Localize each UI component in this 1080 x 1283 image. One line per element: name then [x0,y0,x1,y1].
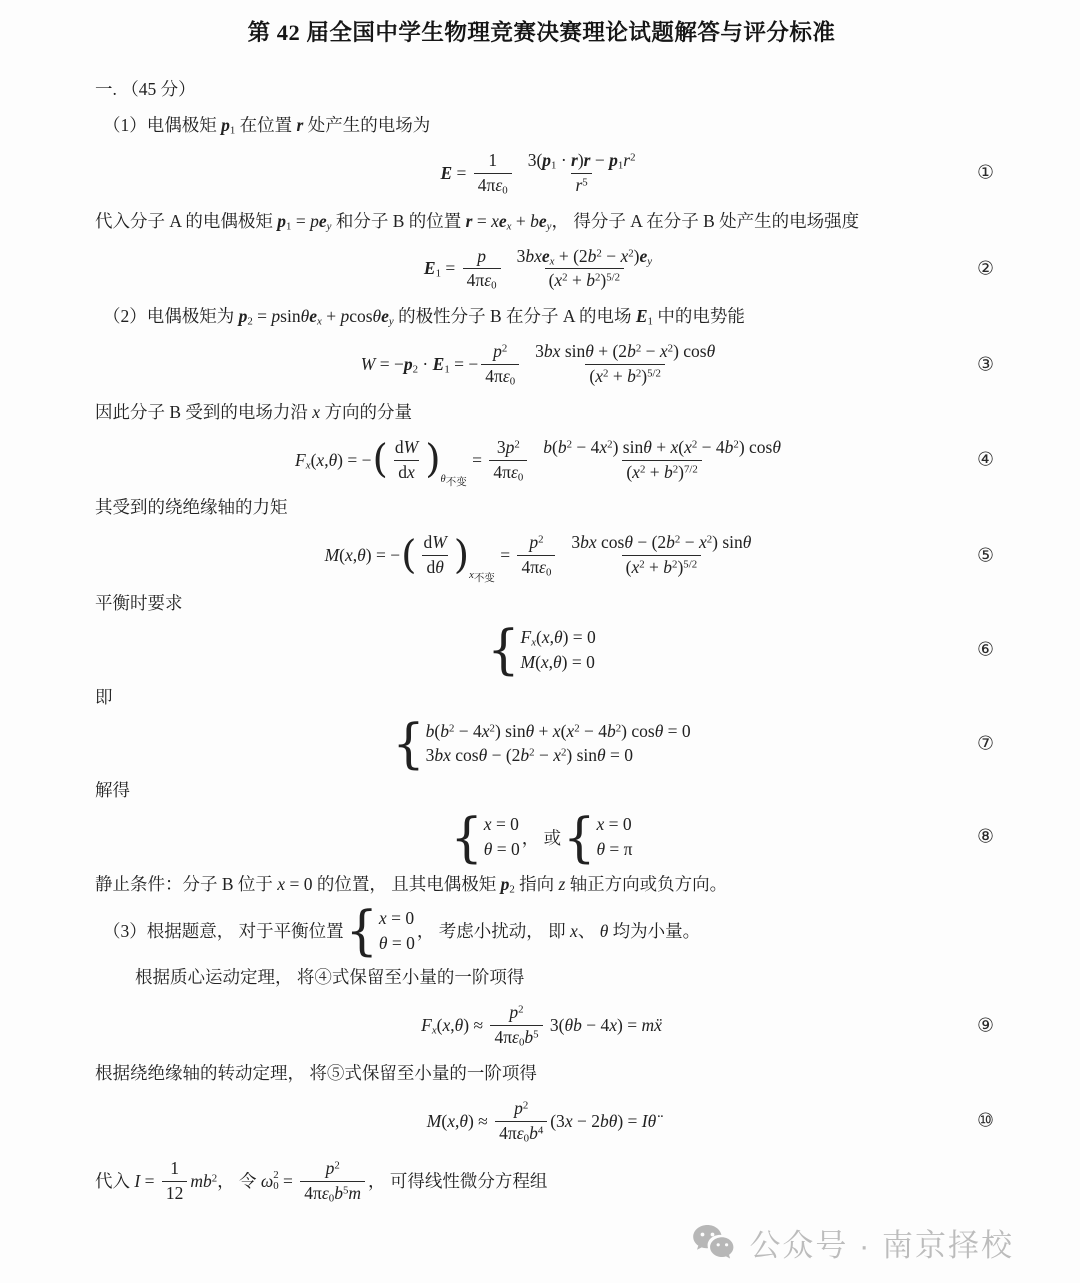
math-var: ε [322,1183,329,1205]
math-vector: p [277,209,286,234]
math-var: x [609,1015,617,1036]
subscript: 1 [444,363,449,375]
equation-body: W = −p2 · E1 = −p24πε03bx sinθ + (2b2 − … [95,340,988,389]
math-var: p [326,1158,335,1180]
cn-text: 一. （45 分） [95,77,196,102]
math-var: p [509,1002,518,1024]
scripted-token: r5 [575,175,587,197]
math-roman: 2 [639,559,644,573]
math-roman: 0 [491,280,496,294]
math-var: θ [643,437,652,459]
document-page: 第 42 届全国中学生物理竞赛决赛理论试题解答与评分标准 一. （45 分）（1… [0,0,1080,1283]
math-var: θ [379,933,388,955]
equation-body: {x = 0θ = 0， 或{x = 0θ = π [95,814,988,861]
math-var: b [530,209,539,234]
denominator: 4πε0 [463,268,501,293]
math-roman: = [452,163,471,184]
scripted-token: p1 [277,209,291,234]
scripted-token: p2 [404,354,418,375]
equation-number: ⑧ [977,826,994,849]
math-var: θ [707,341,716,363]
cn-text: 解得 [95,778,130,803]
numerator: dW [391,436,422,460]
scripted-token: b2 [440,721,454,743]
cn-text: ， 可得线性微分方程组 [368,1169,547,1194]
math-roman: 3 [426,745,435,767]
superscript: 2 [707,534,712,548]
math-roman: 4 [538,1124,543,1138]
math-roman: ) = [617,1015,641,1036]
fraction: dWdx [391,436,422,485]
math-var: θ [435,557,444,579]
cn-text: 轴正方向或负方向。 [565,872,727,897]
math-roman: = 0 [387,908,414,930]
numerator: dW [419,531,450,555]
equation-body: E1 = p4πε03bxex + (2b2 − x2)ey(x2 + b2)5… [95,245,988,294]
subscript: x [550,255,555,269]
math-roman: ) sin [566,745,597,767]
cn-text: 处产生的电场为 [303,113,430,138]
math-roman: 1 [488,150,497,172]
denominator: (x2 + b2)5/2 [622,555,702,580]
superscript: 2 [596,247,601,261]
superscript: 7/2 [684,463,698,477]
math-roman: = [253,304,272,329]
scripted-token: p2 [514,1098,528,1120]
math-var: x [432,1025,437,1037]
math-roman: 5/2 [606,272,620,286]
math-var: θ [743,532,752,554]
page-title: 第 42 届全国中学生物理竞赛决赛理论试题解答与评分标准 [95,18,988,47]
math-roman: 2 [509,882,514,897]
math-vector: p [542,150,551,172]
math-var: x [566,721,574,743]
superscript: 2 [636,343,641,357]
cases-group: {x = 0θ = 0 [450,814,519,861]
denominator: 4πε0b4 [495,1121,547,1146]
math-roman: = 0 [606,745,633,767]
math-var: x [553,721,561,743]
superscript: 2 [675,534,680,548]
superscript: 2 [630,152,635,166]
cn-text: 指向 [515,872,559,897]
equation-number: ④ [977,449,994,472]
math-vector: r [584,150,591,172]
math-roman: − 4 [697,437,724,459]
math-var: θ [357,545,366,566]
scripted-token: r2 [623,150,635,172]
wechat-icon [691,1223,737,1263]
math-roman: ) cos [673,341,707,363]
math-vector: e [542,246,550,268]
math-var: x [684,437,692,459]
subscript: 0 [546,567,551,581]
math-var: bx [544,341,561,363]
scripted-token: E1 [433,354,450,375]
scripted-token: p2 [493,341,507,363]
scripted-token: x2 [553,745,566,767]
math-roman: 1 [551,159,556,173]
math-roman: 7/2 [684,463,698,477]
math-var: x [570,919,578,944]
numerator: 1 [166,1157,183,1181]
left-brace: { [392,720,424,768]
math-roman: + [568,270,587,292]
superscript: 2 [514,438,519,452]
math-vector: e [499,209,507,234]
math-var: b [524,1027,533,1049]
math-roman: 2 [247,315,252,330]
math-var: x [507,219,512,234]
math-var: θ [459,1111,468,1132]
math-roman: 2 [636,343,641,357]
math-var: x [379,908,387,930]
scripted-token: ey [539,209,552,234]
math-var: x [345,545,353,566]
math-roman: ) ≈ [463,1015,487,1036]
numerator: p2 [489,340,511,364]
math-var: θ [600,919,609,944]
superscript: 5/2 [606,272,620,286]
math-roman: = [140,1169,159,1194]
math-var: b [588,246,597,268]
scripted-token: )5/2 [600,270,620,292]
math-roman: 1 [170,1158,179,1180]
math-roman: − 4 [454,721,481,743]
cn-text: 均为小量。 [608,919,700,944]
scripted-token: b2 [725,437,739,459]
math-roman: sin [560,341,585,363]
superscript: 2 [449,722,454,736]
math-var: θ [373,304,382,329]
math-roman: = − [375,354,404,375]
scripted-token: b2 [607,721,621,743]
math-var: F [520,627,531,649]
math-roman: 2 [668,343,673,357]
math-roman: 0 [546,567,551,581]
cases-row: θ = 0 [379,933,415,955]
text-line: 静止条件：分子 B 位于 x = 0 的位置， 且其电偶极矩 p2 指向 z 轴… [95,872,988,897]
math-roman: + [645,557,664,579]
scripted-token: b2 [627,341,641,363]
cases-row: Fx(x,θ) = 0 [520,627,595,649]
math-var: θ [526,721,535,743]
math-var: b [663,557,672,579]
math-var: y [647,255,652,269]
math-var: b [334,1183,343,1205]
superscript: 4 [538,1124,543,1138]
scripted-token: b2 [588,246,602,268]
cn-text: 不变 [474,570,495,585]
math-roman: cos [451,745,479,767]
scripted-token: p2 [239,304,253,329]
scripted-token: )7/2 [678,462,698,484]
scripted-token: ε0 [511,462,523,484]
math-roman: d [426,557,435,579]
math-roman: 1 [436,268,441,280]
math-var: z [559,872,566,897]
math-roman: 2 [561,747,566,761]
math-roman: 2 [692,438,697,452]
equation-number: ③ [977,353,994,376]
math-var: x [550,255,555,269]
denominator: 4πε0 [474,173,512,198]
scripted-token: x2 [566,721,579,743]
big-paren-group: (dWdθ)x不变 [401,531,495,580]
scripted-token: p2 [501,872,515,897]
scripted-token: x2 [599,437,612,459]
equation-body: {b(b2 − 4x2) sinθ + x(x2 − 4b2) cosθ = 0… [95,721,988,768]
math-var: p [271,304,280,329]
fraction: b(b2 − 4x2) sinθ + x(x2 − 4b2) cosθ(x2 +… [539,436,785,485]
math-var: M [520,652,535,674]
math-roman: + (2 [594,341,627,363]
math-var: p [310,209,319,234]
math-roman: = − [450,354,479,375]
scripted-token: x2 [595,366,608,388]
equation-body: {Fx(x,θ) = 0M(x,θ) = 0 [95,627,988,674]
subscript: x [507,219,512,234]
math-roman: 0 [519,1037,524,1051]
superscript: 2 [616,722,621,736]
numerator: 3bx cosθ − (2b2 − x2) sinθ [567,531,755,555]
math-var: m [348,1183,361,1205]
math-roman: = [472,209,491,234]
subscript: 0 [329,1192,334,1206]
math-var: b [627,341,636,363]
math-var: x [595,366,603,388]
subscript: 0 [510,375,515,389]
math-roman: 4π [521,557,539,579]
equation-body: Fx(x,θ) ≈ p24πε0b5 3(θb − 4x) = mẍ [95,1001,988,1050]
math-roman: d [398,462,407,484]
math-roman: 2 [640,463,645,477]
math-roman: 0 [329,1192,334,1206]
math-roman: 2 [502,343,507,357]
scripted-token: mb2 [190,1169,217,1194]
cn-text: 、 [578,919,600,944]
math-roman: 4π [467,270,485,292]
math-roman: 2 [628,247,633,261]
math-roman: 2 [675,534,680,548]
scripted-token: x2 [631,557,644,579]
superscript: 2 [518,1004,523,1018]
math-var: θ [455,1015,464,1036]
scripted-token: b2 [666,532,680,554]
math-var: b [520,745,529,767]
superscript: 2 [490,722,495,736]
text-line: 其受到的绕绝缘轴的力矩 [95,495,988,520]
math-vector: E [424,258,436,279]
fraction: 3bx sinθ + (2b2 − x2) cosθ(x2 + b2)5/2 [531,340,719,389]
math-var: ε [495,175,502,197]
superscript: 5/2 [683,559,697,573]
equation-line: {b(b2 − 4x2) sinθ + x(x2 − 4b2) cosθ = 0… [95,721,988,768]
text-line: 根据绕绝缘轴的转动定理， 将⑤式保留至小量的一阶项得 [95,1061,988,1086]
math-var: x [407,462,415,484]
math-var: b [664,462,673,484]
cn-text: 的位置， 且其电偶极矩 [312,872,500,897]
math-var: x [670,437,678,459]
scripted-token: )5/2 [641,366,661,388]
math-var: mẍ [641,1015,661,1036]
math-roman: 3 [535,341,544,363]
math-roman: 2 [562,272,567,286]
cases-row: x = 0 [484,814,519,836]
scripted-token: b2 [627,366,641,388]
scripted-token: b2 [520,745,534,767]
subscript: x [432,1025,437,1037]
math-roman: 1 [648,315,653,330]
superscript: 2 [668,343,673,357]
scripted-token: b2 [664,462,678,484]
math-var: x [541,652,549,674]
math-roman: = π [605,839,632,861]
subscript: 0 [502,184,507,198]
equation-line: {Fx(x,θ) = 0M(x,θ) = 0⑥ [95,627,988,674]
math-vector: r [571,150,578,172]
math-var: x [316,450,324,471]
math-var: b [607,721,616,743]
superscript: 2 [595,272,600,286]
equation-line: W = −p2 · E1 = −p24πε03bx sinθ + (2b2 − … [95,340,988,389]
scripted-token: x2 [699,532,712,554]
math-roman: 1 [230,123,235,138]
math-roman: − [641,341,660,363]
cases-row: θ = π [596,839,632,861]
superscript: 5 [582,176,587,190]
math-var: θ [479,745,488,767]
math-roman: = [468,450,487,471]
superscript: 2 [567,438,572,452]
math-var: b [543,437,552,459]
math-var: θ [301,304,310,329]
fraction: p24πε0b5m [300,1157,365,1206]
math-var: p [477,246,486,268]
math-vector: e [539,209,547,234]
math-roman: − 4 [582,1015,609,1036]
math-var: x [542,627,550,649]
equation-number: ⑤ [977,544,994,567]
cases-row: x = 0 [596,814,631,836]
math-var: θ [484,839,493,861]
math-var: θ [772,437,781,459]
superscript: 2 [672,559,677,573]
math-var: b [627,366,636,388]
scripted-token: ε0 [539,557,551,579]
math-roman: 2 [538,534,543,548]
math-roman: 1 [444,363,449,375]
equation-line: {x = 0θ = 0， 或{x = 0θ = π⑧ [95,814,988,861]
math-roman: ) = 0 [562,652,595,674]
scripted-token: ε0 [517,1123,529,1145]
math-roman: 2 [567,438,572,452]
paren-content: dWdθ [416,531,453,580]
cases-row: 3bx cosθ − (2b2 − x2) sinθ = 0 [426,745,633,767]
math-var: θ [329,450,338,471]
equation-number: ⑩ [977,1110,994,1133]
fraction: 3(p1 · r)r − p1r2r5 [524,149,640,198]
subscript: y [547,219,552,234]
math-var: bx [525,246,542,268]
scripted-token: Fx [421,1015,437,1036]
math-roman: − [680,532,699,554]
left-brace: { [563,813,595,861]
cases-row: b(b2 − 4x2) sinθ + x(x2 − 4b2) cosθ = 0 [426,721,691,743]
paren-subscript: x不变 [469,570,495,585]
math-roman: = 0 [388,933,415,955]
math-roman: 0 [510,375,515,389]
math-roman: + (2 [554,246,587,268]
scripted-token: b2 [586,270,600,292]
superscript: 2 [562,272,567,286]
equation-body: Fx(x,θ) = −(dWdx)θ不变 = 3p24πε0b(b2 − 4x2… [95,436,988,485]
math-roman: + [652,437,671,459]
scripted-token: ex [309,304,322,329]
left-brace: { [346,907,378,955]
math-var: F [421,1015,432,1036]
numerator: 3(p1 · r)r − p1r2 [524,149,640,173]
cn-text: 即 [95,685,113,710]
math-var: x [599,437,607,459]
math-var: x [491,209,499,234]
subscript: 2 [413,363,418,375]
math-roman: + [511,209,530,234]
superscript: 5/2 [647,368,661,382]
math-roman: 4π [478,175,496,197]
math-roman: = [441,258,460,279]
scripted-token: ε0 [512,1027,524,1049]
math-var: bx [434,745,451,767]
math-roman: − [535,745,554,767]
numerator: 3p2 [493,436,524,460]
subscript: y [389,315,394,330]
text-line: 代入分子 A 的电偶极矩 p1 = pey 和分子 B 的位置 r = xex … [95,209,988,234]
text-line: 一. （45 分） [95,77,988,102]
math-var: b [725,437,734,459]
math-var: x [620,246,628,268]
superscript: 2 [561,747,566,761]
cases-group: {x = 0θ = π [563,814,632,861]
scripted-token: ex [499,209,512,234]
scripted-token: x2 [620,246,633,268]
subscript: 1 [618,159,623,173]
math-roman: − 4 [572,437,599,459]
subscript: y [327,219,332,234]
math-var: θb [564,1015,581,1036]
superscript: 2 [529,747,534,761]
superscript: 2 [574,722,579,736]
subscript: 1 [648,315,653,330]
subscript: 2 [247,315,252,330]
denominator: 4πε0b5 [490,1025,542,1050]
math-roman: · [556,150,571,172]
numerator: p2 [322,1157,344,1181]
scripted-token: x2 [554,270,567,292]
watermark: 公众号 · 南京择校 [691,1220,1014,1265]
math-roman: 1 [618,159,623,173]
math-var: mb [190,1169,211,1194]
math-var: ε [511,462,518,484]
equation-body: E = 14πε03(p1 · r)r − p1r2r5 [95,149,988,198]
scripted-token: p2 [529,532,543,554]
math-var: W [432,532,447,554]
equation-line: E1 = p4πε03bxex + (2b2 − x2)ey(x2 + b2)5… [95,245,988,294]
scripted-token: ex [542,246,555,268]
denominator: (x2 + b2)7/2 [622,460,702,485]
math-vector: p [221,113,230,138]
math-var: b [440,721,449,743]
